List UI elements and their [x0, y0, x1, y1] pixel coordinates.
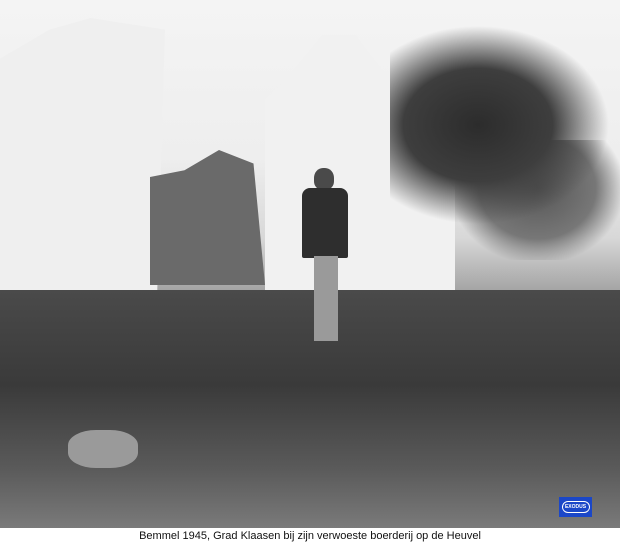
- man-coat: [302, 188, 348, 258]
- logo-rings-icon: [562, 501, 590, 513]
- ruined-brick-wall: [150, 150, 265, 285]
- photograph: EXODUS: [0, 0, 620, 528]
- man-head: [314, 168, 334, 190]
- ruined-wall-left: [0, 18, 165, 308]
- puddle: [68, 430, 138, 468]
- exodus-logo: EXODUS: [559, 497, 592, 517]
- tree: [390, 25, 610, 225]
- standing-man: [300, 168, 350, 343]
- photo-caption: Bemmel 1945, Grad Klaasen bij zijn verwo…: [0, 530, 620, 542]
- man-legs: [314, 256, 338, 341]
